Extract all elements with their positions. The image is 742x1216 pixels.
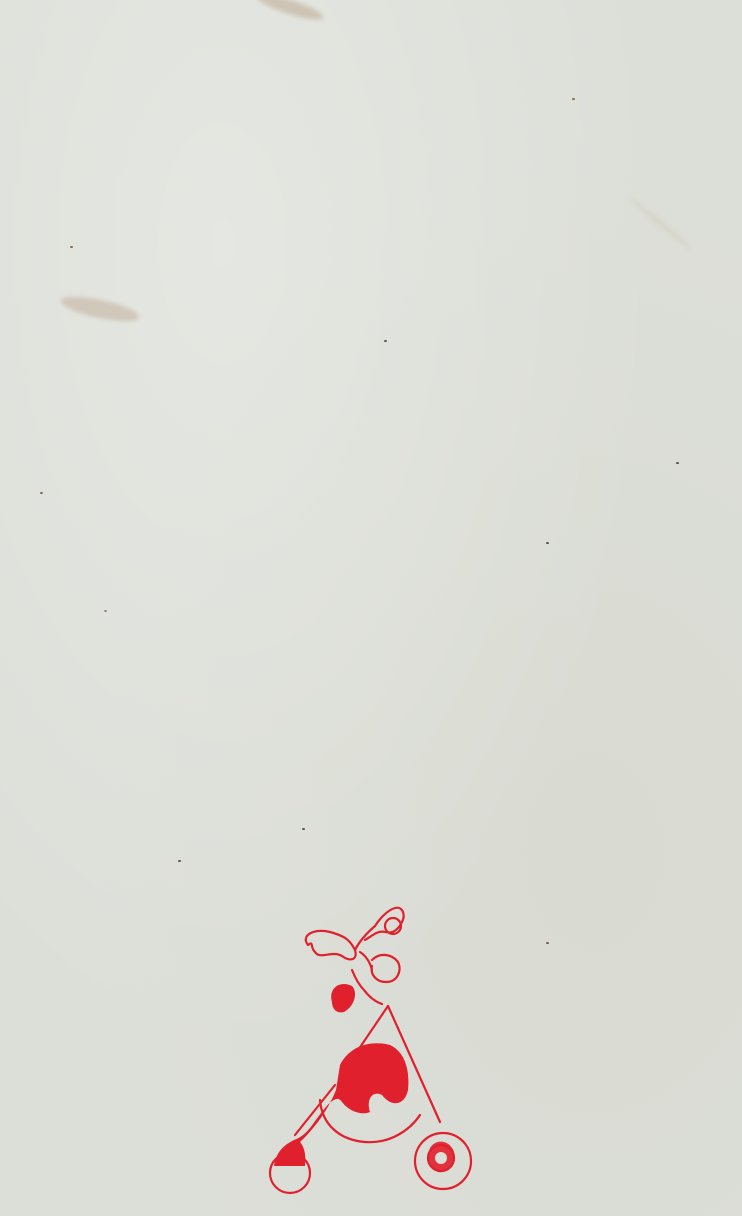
stain-top — [255, 0, 326, 24]
speck — [546, 942, 549, 944]
red-ink-drawing — [260, 890, 490, 1200]
stain-left — [59, 292, 141, 326]
speck — [546, 542, 549, 544]
speck — [104, 610, 107, 612]
speck — [70, 246, 73, 248]
speck — [178, 860, 181, 862]
speck — [676, 462, 679, 464]
speck — [302, 828, 305, 830]
speck — [40, 492, 43, 494]
speck — [572, 98, 575, 100]
paper-background — [0, 0, 742, 1216]
stain-right — [627, 195, 692, 251]
speck — [384, 340, 387, 342]
